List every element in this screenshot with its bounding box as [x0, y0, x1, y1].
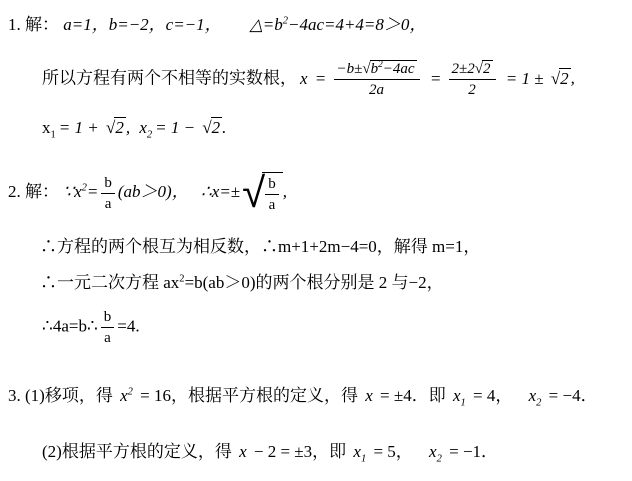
radicand: 2 — [482, 60, 493, 78]
exponent: 2 — [128, 386, 133, 397]
fraction-b-over-a: ba — [265, 175, 279, 214]
var-x1: x — [353, 442, 361, 461]
equals-sign: = — [430, 69, 441, 88]
solution-1-line-3: x1= 1 + √2, x2= 1 − √2. — [42, 117, 226, 140]
fraction-denominator: a — [265, 195, 279, 214]
radicand: 2 — [114, 117, 126, 138]
math-given-values: a=1，b=−2，c=−1， — [63, 15, 221, 34]
problem-1-label: 1. 解： — [8, 15, 59, 34]
document: 1. 解： a=1，b=−2，c=−1，△=b2−4ac=4+4=8＞0， 所以… — [0, 0, 632, 481]
subscript-1: 1 — [461, 397, 466, 408]
radical-icon: √ — [202, 118, 210, 137]
text-equation-roots-pre: ∴一元二次方程 ax — [40, 273, 179, 292]
fraction-denominator: a — [101, 194, 115, 213]
text-equation-roots-post: =b(ab＞0)的两个根分别是 2 与−2， — [185, 273, 444, 292]
var-x1: x — [453, 386, 461, 405]
math-discriminant-post: −4ac=4+4=8＞0， — [288, 15, 426, 34]
problem-2-label: 2. 解： — [8, 182, 59, 201]
fraction-quadratic-formula: −b±√b2−4ac 2a — [334, 60, 420, 99]
var-b: b — [371, 61, 379, 77]
solution-2-line-2: ∴方程的两个根互为相反数，∴m+1+2m−4=0，解得 m=1， — [40, 236, 480, 259]
fraction-denominator: 2a — [334, 80, 420, 99]
comma: , — [283, 182, 287, 201]
problem-3-part2-label: (2)根据平方根的定义，得 — [42, 442, 232, 461]
fraction-b-over-a: ba — [101, 308, 115, 347]
fraction-b-over-a: ba — [101, 174, 115, 213]
fraction-numerator: b — [101, 308, 115, 328]
var-x: x — [239, 442, 247, 461]
radical-icon: √ — [551, 69, 559, 88]
fraction-denominator: a — [101, 328, 115, 347]
text-square-root-def: = 16，根据平方根的定义，得 — [140, 386, 358, 405]
subscript-1: 1 — [51, 129, 56, 140]
radicand: b2−4ac — [370, 60, 417, 78]
comma: , — [126, 118, 130, 137]
problem-3-part1-label: 3. (1)移项，得 — [8, 386, 113, 405]
var-x: x — [365, 386, 373, 405]
radicand: 2 — [559, 68, 571, 89]
solution-3-line-2: (2)根据平方根的定义，得 x − 2 = ±3，即 x1 = 5， x2 = … — [42, 441, 498, 464]
math-equals-5: = 5， — [373, 442, 412, 461]
equals-sign: = — [315, 69, 326, 88]
math-equals-1-minus: = 1 − — [155, 118, 195, 137]
sqrt-2: √2 — [551, 68, 571, 91]
radical-icon: √ — [106, 118, 114, 137]
radical-icon: √ — [475, 61, 482, 77]
math-equals-neg-4: = −4． — [549, 386, 598, 405]
subscript-2: 2 — [536, 397, 541, 408]
sqrt-2: √2 — [202, 117, 222, 140]
var-x2: x — [429, 442, 437, 461]
solution-2-line-1: 2. 解： ∵x2=ba(ab＞0)， ∴x=±√ba, — [8, 172, 287, 214]
math-neg-b-pm: −b± — [337, 61, 363, 77]
var-x2: x — [139, 118, 147, 137]
sqrt-2: √2 — [106, 117, 126, 140]
text-opposite-roots: ∴方程的两个根互为相反数，∴m+1+2m−4=0，解得 m=1， — [40, 237, 480, 256]
fraction-denominator: 2 — [449, 80, 496, 99]
math-equals-1-pm: = 1 ± — [506, 69, 544, 88]
math-equals-1-plus: = 1 + — [59, 118, 99, 137]
math-so-x-pm: ∴x=± — [201, 182, 240, 201]
fraction-numerator: b — [265, 175, 279, 195]
solution-2-line-3: ∴一元二次方程 ax2=b(ab＞0)的两个根分别是 2 与−2， — [40, 272, 444, 295]
fraction-numerator: −b±√b2−4ac — [334, 60, 420, 80]
subscript-2: 2 — [147, 129, 152, 140]
math-minus-4ac: −4ac — [383, 61, 415, 77]
text-that-is: = ±4．即 — [380, 386, 446, 405]
math-condition: (ab＞0)， — [118, 182, 189, 201]
equals-sign: = — [87, 182, 98, 201]
math-4a-equals-b: ∴4a=b∴ — [42, 316, 98, 335]
subscript-1: 1 — [361, 453, 366, 464]
math-equals-4: =4. — [117, 316, 139, 335]
math-2-pm-2: 2±2 — [452, 61, 475, 77]
fraction-numerator: b — [101, 174, 115, 194]
math-equals-neg-1: = −1． — [449, 442, 498, 461]
math-discriminant-pre: △=b — [250, 15, 283, 34]
solution-3-line-1: 3. (1)移项，得 x2 = 16，根据平方根的定义，得 x = ±4．即 x… — [8, 385, 598, 408]
fraction-numerator: 2±2√2 — [449, 60, 496, 80]
var-x: x — [300, 69, 308, 88]
var-x1: x — [42, 118, 51, 137]
fraction-simplified: 2±2√2 2 — [449, 60, 496, 99]
sqrt-b-over-a: √ba — [242, 172, 283, 214]
math-because-x: ∵x — [63, 182, 81, 201]
solution-1-line-2: 所以方程有两个不相等的实数根，x = −b±√b2−4ac 2a = 2±2√2… — [42, 60, 575, 99]
subscript-2: 2 — [437, 453, 442, 464]
radicand: 2 — [211, 117, 223, 138]
math-minus-2-eq: − 2 = ±3，即 — [254, 442, 346, 461]
radical-icon: √ — [362, 61, 369, 77]
math-equals-4: = 4， — [473, 386, 512, 405]
sqrt-2: √2 — [475, 60, 493, 78]
period: . — [222, 118, 226, 137]
radicand: ba — [262, 172, 283, 214]
solution-1-line-1: 1. 解： a=1，b=−2，c=−1，△=b2−4ac=4+4=8＞0， — [8, 14, 426, 37]
sqrt-discriminant: √b2−4ac — [362, 60, 416, 78]
text-two-distinct-roots: 所以方程有两个不相等的实数根， — [42, 69, 297, 88]
solution-2-line-4: ∴4a=b∴ba=4. — [42, 308, 140, 347]
var-x: x — [120, 386, 128, 405]
comma: , — [571, 69, 575, 88]
